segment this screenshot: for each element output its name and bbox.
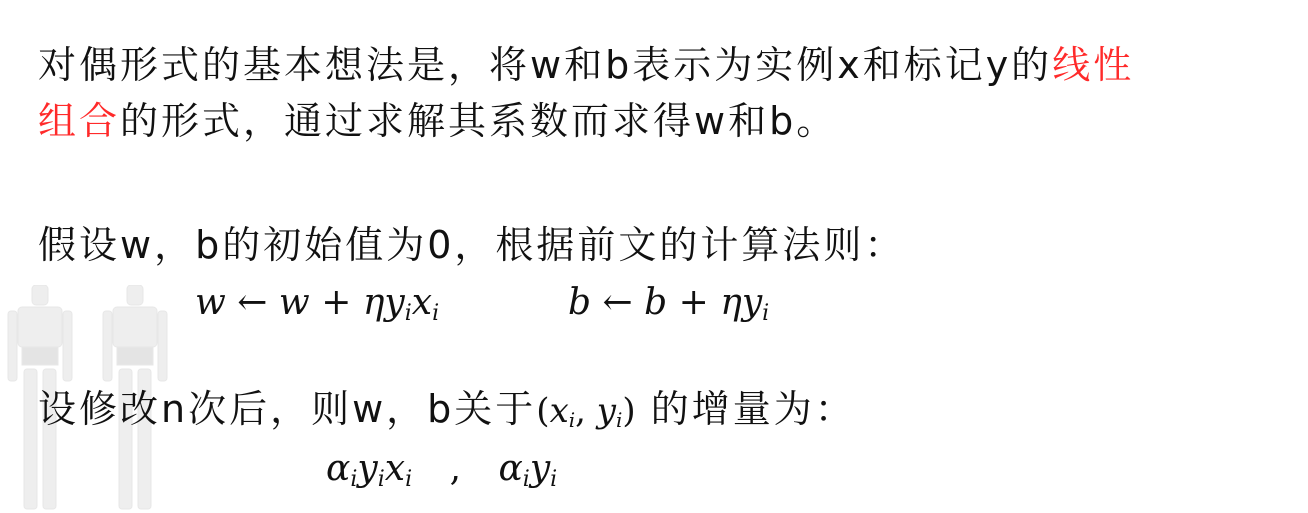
formula-b-update: b ← b + ηyi <box>568 282 769 326</box>
paragraph-2: 假设w，b的初始值为0，根据前文的计算法则： <box>38 222 905 268</box>
assumption-text: 假设w，b的初始值为0，根据前文的计算法则： <box>38 223 905 267</box>
increment-text-before: 设修改n次后，则w，b关于 <box>38 387 536 431</box>
highlight-linear: 线性 <box>1052 43 1134 87</box>
formula-w-update: w ← w + ηyixi <box>195 282 439 326</box>
separator: , <box>450 448 461 489</box>
paragraph-3: 设修改n次后，则w，b关于(xi, yi) 的增量为： <box>38 386 856 443</box>
paragraph-1-line-1: 对偶形式的基本想法是，将w和b表示为实例x和标记y的线性 <box>38 42 1134 88</box>
paragraph-1-text-2: 的形式，通过求解其系数而求得w和b。 <box>120 99 837 143</box>
increment-w: αiyixi <box>326 448 412 489</box>
sample-pair: (xi, yi) <box>536 391 635 431</box>
increment-text-after: 的增量为： <box>636 387 856 431</box>
highlight-combination: 组合 <box>38 99 120 143</box>
increment-b: αiyi <box>498 448 557 489</box>
paragraph-1-line-2: 组合的形式，通过求解其系数而求得w和b。 <box>38 98 837 144</box>
paragraph-1-text: 对偶形式的基本想法是，将w和b表示为实例x和标记y的 <box>38 43 1052 87</box>
formula-increments: αiyixi , αiyi <box>326 448 557 492</box>
